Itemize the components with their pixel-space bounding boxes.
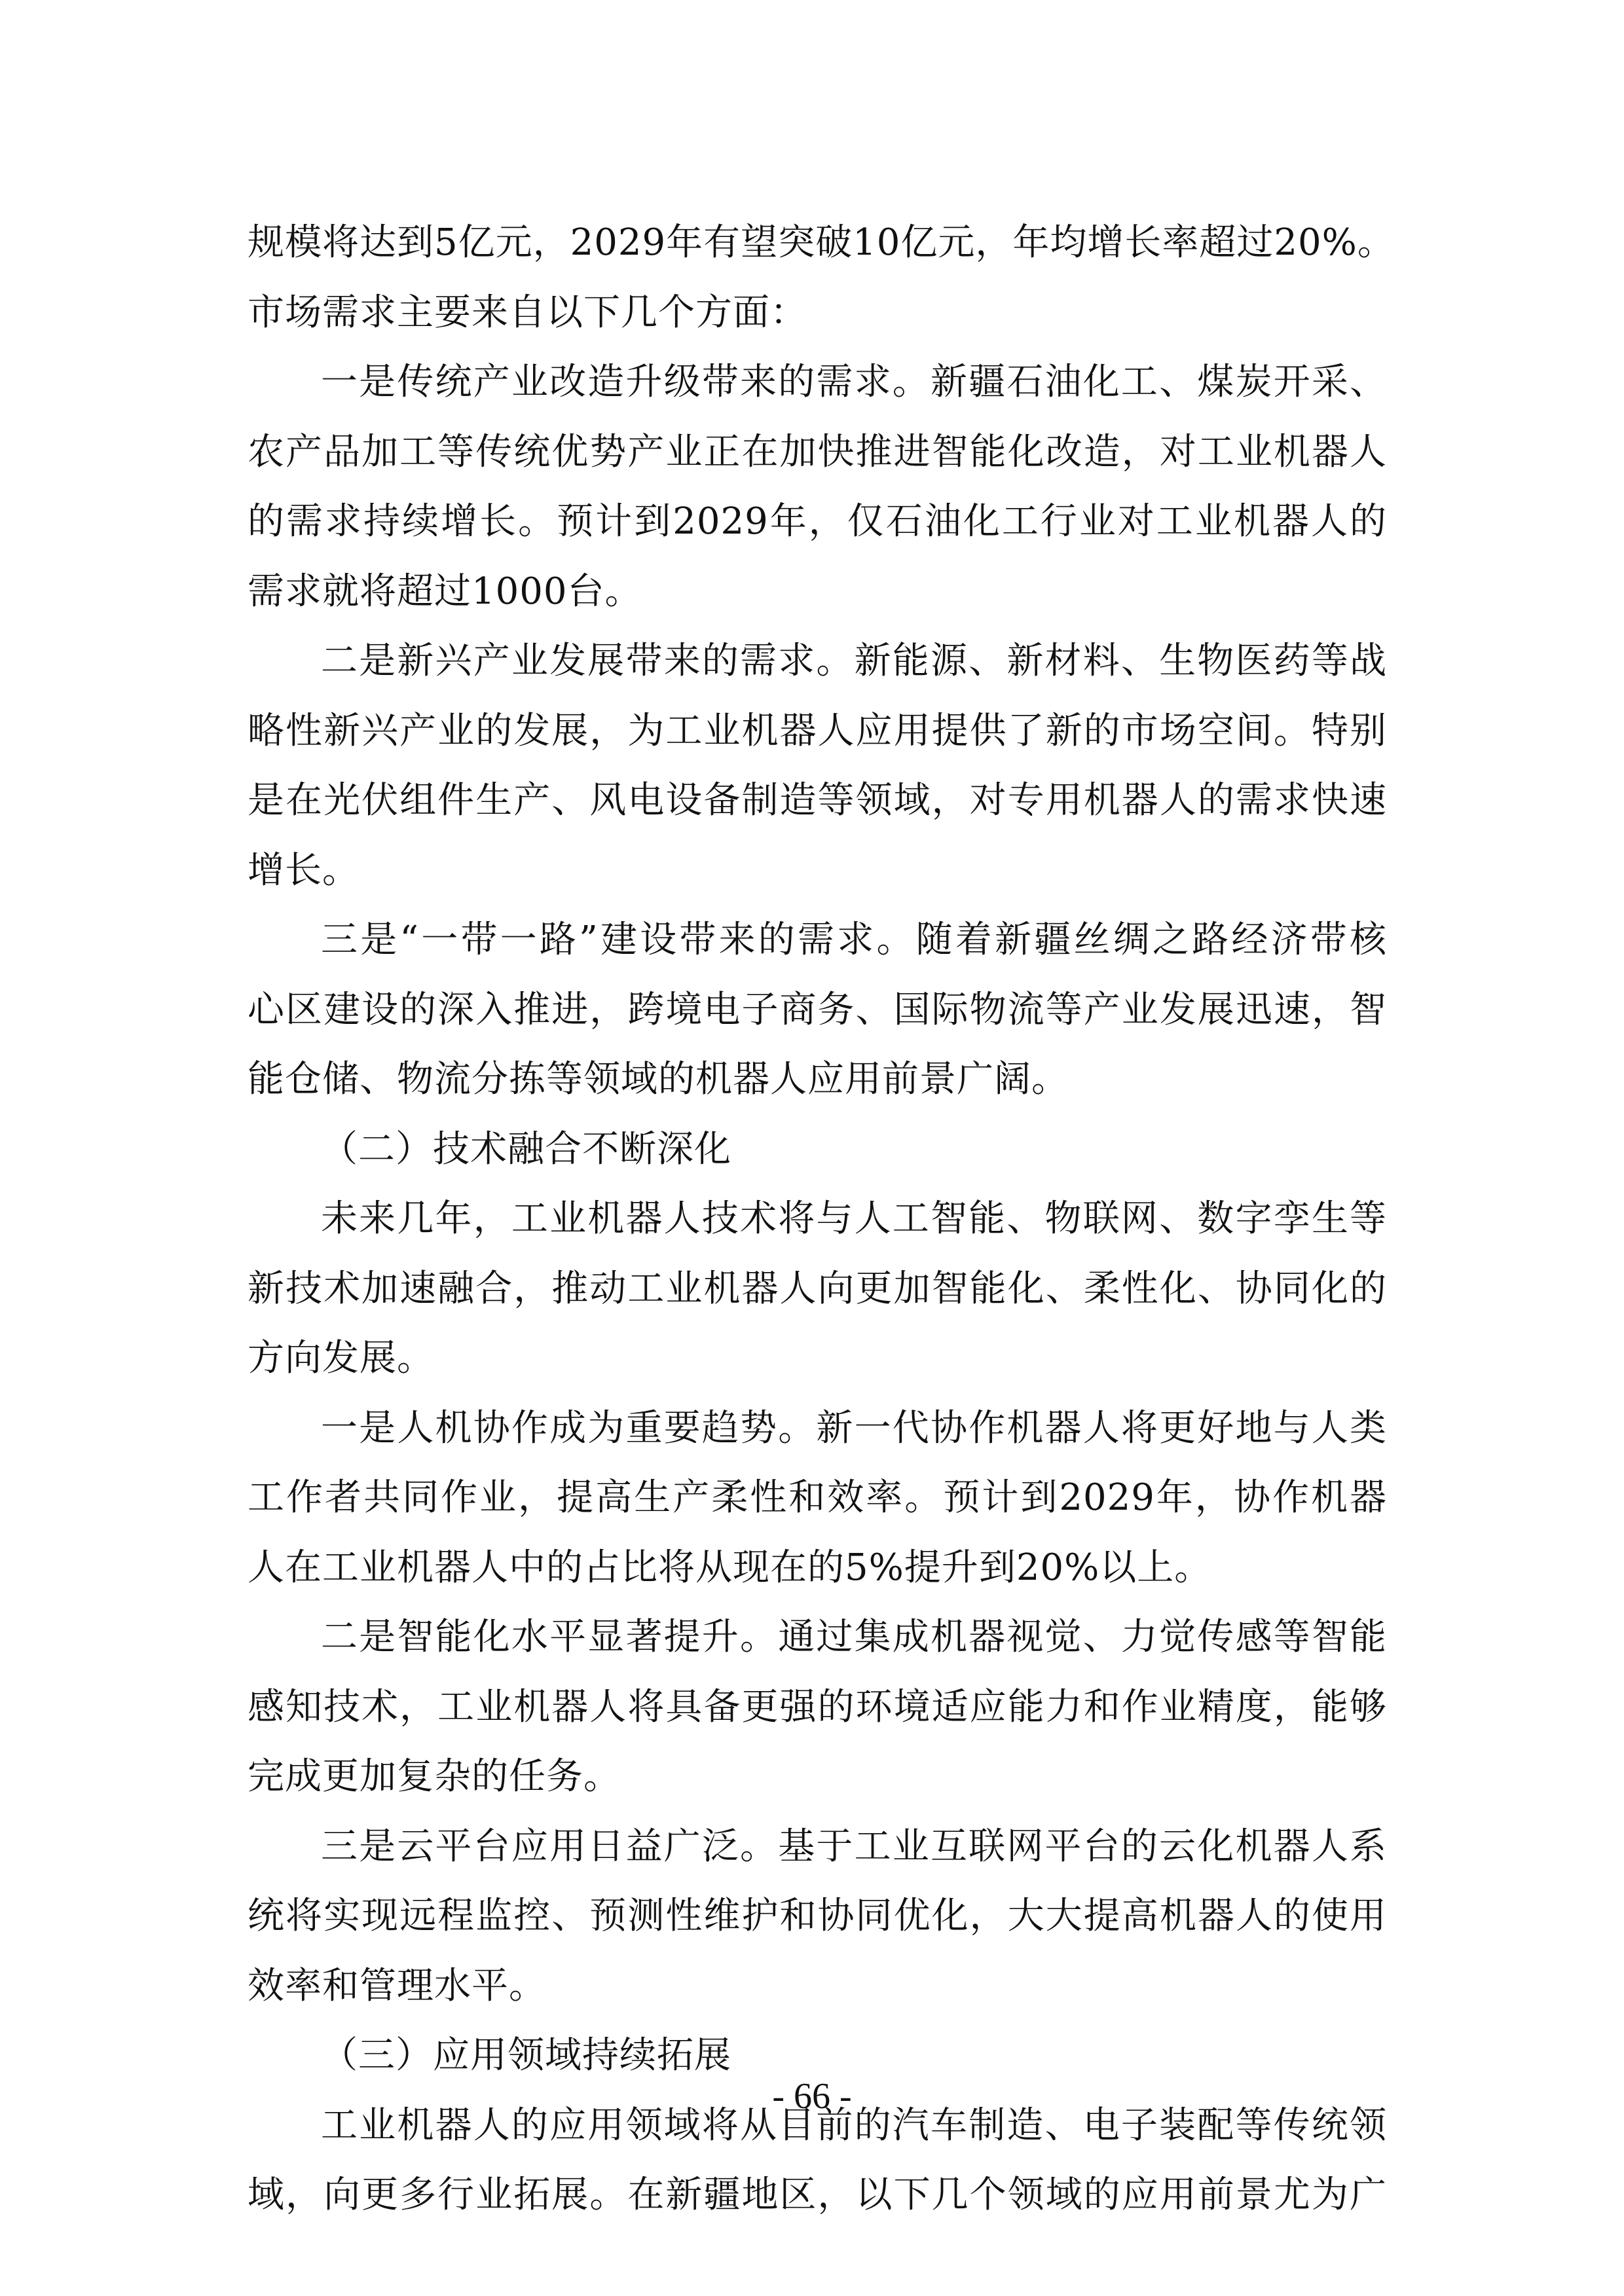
text-line: 市场需求主要来自以下几个方面：	[248, 278, 1387, 348]
text-line: 人在工业机器人中的占比将从现在的5%提升到20%以上。	[248, 1533, 1387, 1603]
paragraph-start-line: 二是智能化水平显著提升。通过集成机器视觉、力觉传感等智能	[248, 1603, 1387, 1673]
text-line: 心区建设的深入推进，跨境电子商务、国际物流等产业发展迅速，智	[248, 975, 1387, 1046]
text-line: 略性新兴产业的发展，为工业机器人应用提供了新的市场空间。特别	[248, 697, 1387, 767]
paragraph-start-line: 一是人机协作成为重要趋势。新一代协作机器人将更好地与人类	[248, 1394, 1387, 1464]
text-line: 新技术加速融合，推动工业机器人向更加智能化、柔性化、协同化的	[248, 1254, 1387, 1324]
text-line: 域，向更多行业拓展。在新疆地区，以下几个领域的应用前景尤为广	[248, 2160, 1387, 2231]
body-text: 规模将达到5亿元，2029年有望突破10亿元，年均增长率超过20%。 市场需求主…	[248, 208, 1387, 2231]
text-line: 工作者共同作业，提高生产柔性和效率。预计到2029年，协作机器	[248, 1463, 1387, 1533]
text-line: 增长。	[248, 836, 1387, 906]
text-line: 效率和管理水平。	[248, 1952, 1387, 2022]
text-line: 完成更加复杂的任务。	[248, 1742, 1387, 1812]
text-line: 农产品加工等传统优势产业正在加快推进智能化改造，对工业机器人	[248, 418, 1387, 488]
paragraph-start-line: 一是传统产业改造升级带来的需求。新疆石油化工、煤炭开采、	[248, 348, 1387, 418]
section-heading: （二）技术融合不断深化	[248, 1115, 1387, 1185]
text-line: 感知技术，工业机器人将具备更强的环境适应能力和作业精度，能够	[248, 1673, 1387, 1743]
text-line: 规模将达到5亿元，2029年有望突破10亿元，年均增长率超过20%。	[248, 208, 1387, 278]
text-line: 统将实现远程监控、预测性维护和协同优化，大大提高机器人的使用	[248, 1882, 1387, 1952]
paragraph-start-line: 未来几年，工业机器人技术将与人工智能、物联网、数字孪生等	[248, 1184, 1387, 1254]
paragraph-start-line: 三是云平台应用日益广泛。基于工业互联网平台的云化机器人系	[248, 1812, 1387, 1882]
page-number: - 66 -	[0, 2075, 1624, 2117]
text-line: 能仓储、物流分拣等领域的机器人应用前景广阔。	[248, 1045, 1387, 1115]
text-line: 的需求持续增长。预计到2029年，仅石油化工行业对工业机器人的	[248, 487, 1387, 557]
document-page: 规模将达到5亿元，2029年有望突破10亿元，年均增长率超过20%。 市场需求主…	[0, 0, 1624, 2296]
paragraph-start-line: 二是新兴产业发展带来的需求。新能源、新材料、生物医药等战	[248, 627, 1387, 697]
text-line: 方向发展。	[248, 1324, 1387, 1394]
text-line: 是在光伏组件生产、风电设备制造等领域，对专用机器人的需求快速	[248, 766, 1387, 836]
text-line: 需求就将超过1000台。	[248, 557, 1387, 627]
paragraph-start-line: 三是“一带一路”建设带来的需求。随着新疆丝绸之路经济带核	[248, 905, 1387, 975]
